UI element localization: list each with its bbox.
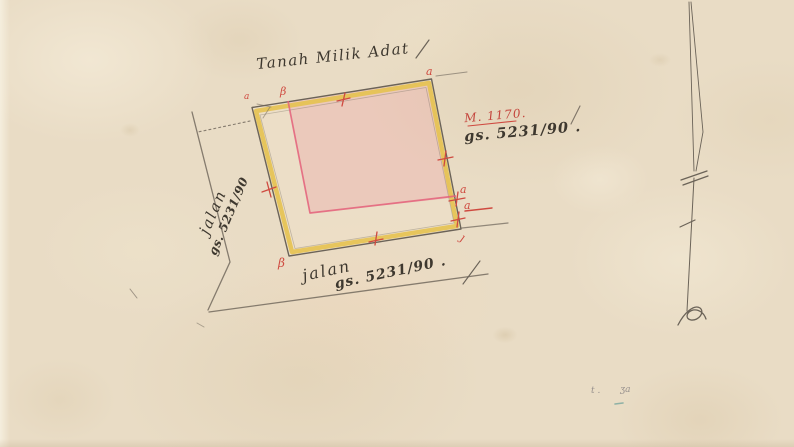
corner-marker-top-left: a xyxy=(244,92,249,102)
point-marker-right-lower: a xyxy=(464,199,471,212)
pencil-dot-left xyxy=(197,323,204,327)
survey-drawing xyxy=(0,0,794,447)
corner-marker-pink-top-left: β xyxy=(280,85,286,98)
teal-mark xyxy=(615,403,623,404)
pencil-tick-left xyxy=(130,289,137,298)
corner-extension-line xyxy=(462,223,508,228)
parcel-outline xyxy=(252,79,461,256)
point-marker-right-upper: a xyxy=(460,183,467,196)
north-arrow-base-flourish xyxy=(678,307,706,325)
dotted-boundary-line xyxy=(198,121,250,132)
north-arrow xyxy=(678,2,708,325)
corner-marker-top-right: a xyxy=(426,65,433,78)
north-arrow-shaft xyxy=(687,178,694,311)
north-arrow-tick xyxy=(680,220,695,227)
corner-marker-bottom-left: β xyxy=(278,256,285,270)
scanned-survey-map: Tanah Milik Adat M. 1170. gs. 5231/90 . … xyxy=(0,0,794,447)
faint-note-left: t . xyxy=(591,386,600,396)
parcel-reference-block: M. 1170. gs. 5231/90 . xyxy=(464,106,584,140)
faint-note-right: ʒa xyxy=(620,385,630,395)
top-extension-line xyxy=(436,72,467,76)
